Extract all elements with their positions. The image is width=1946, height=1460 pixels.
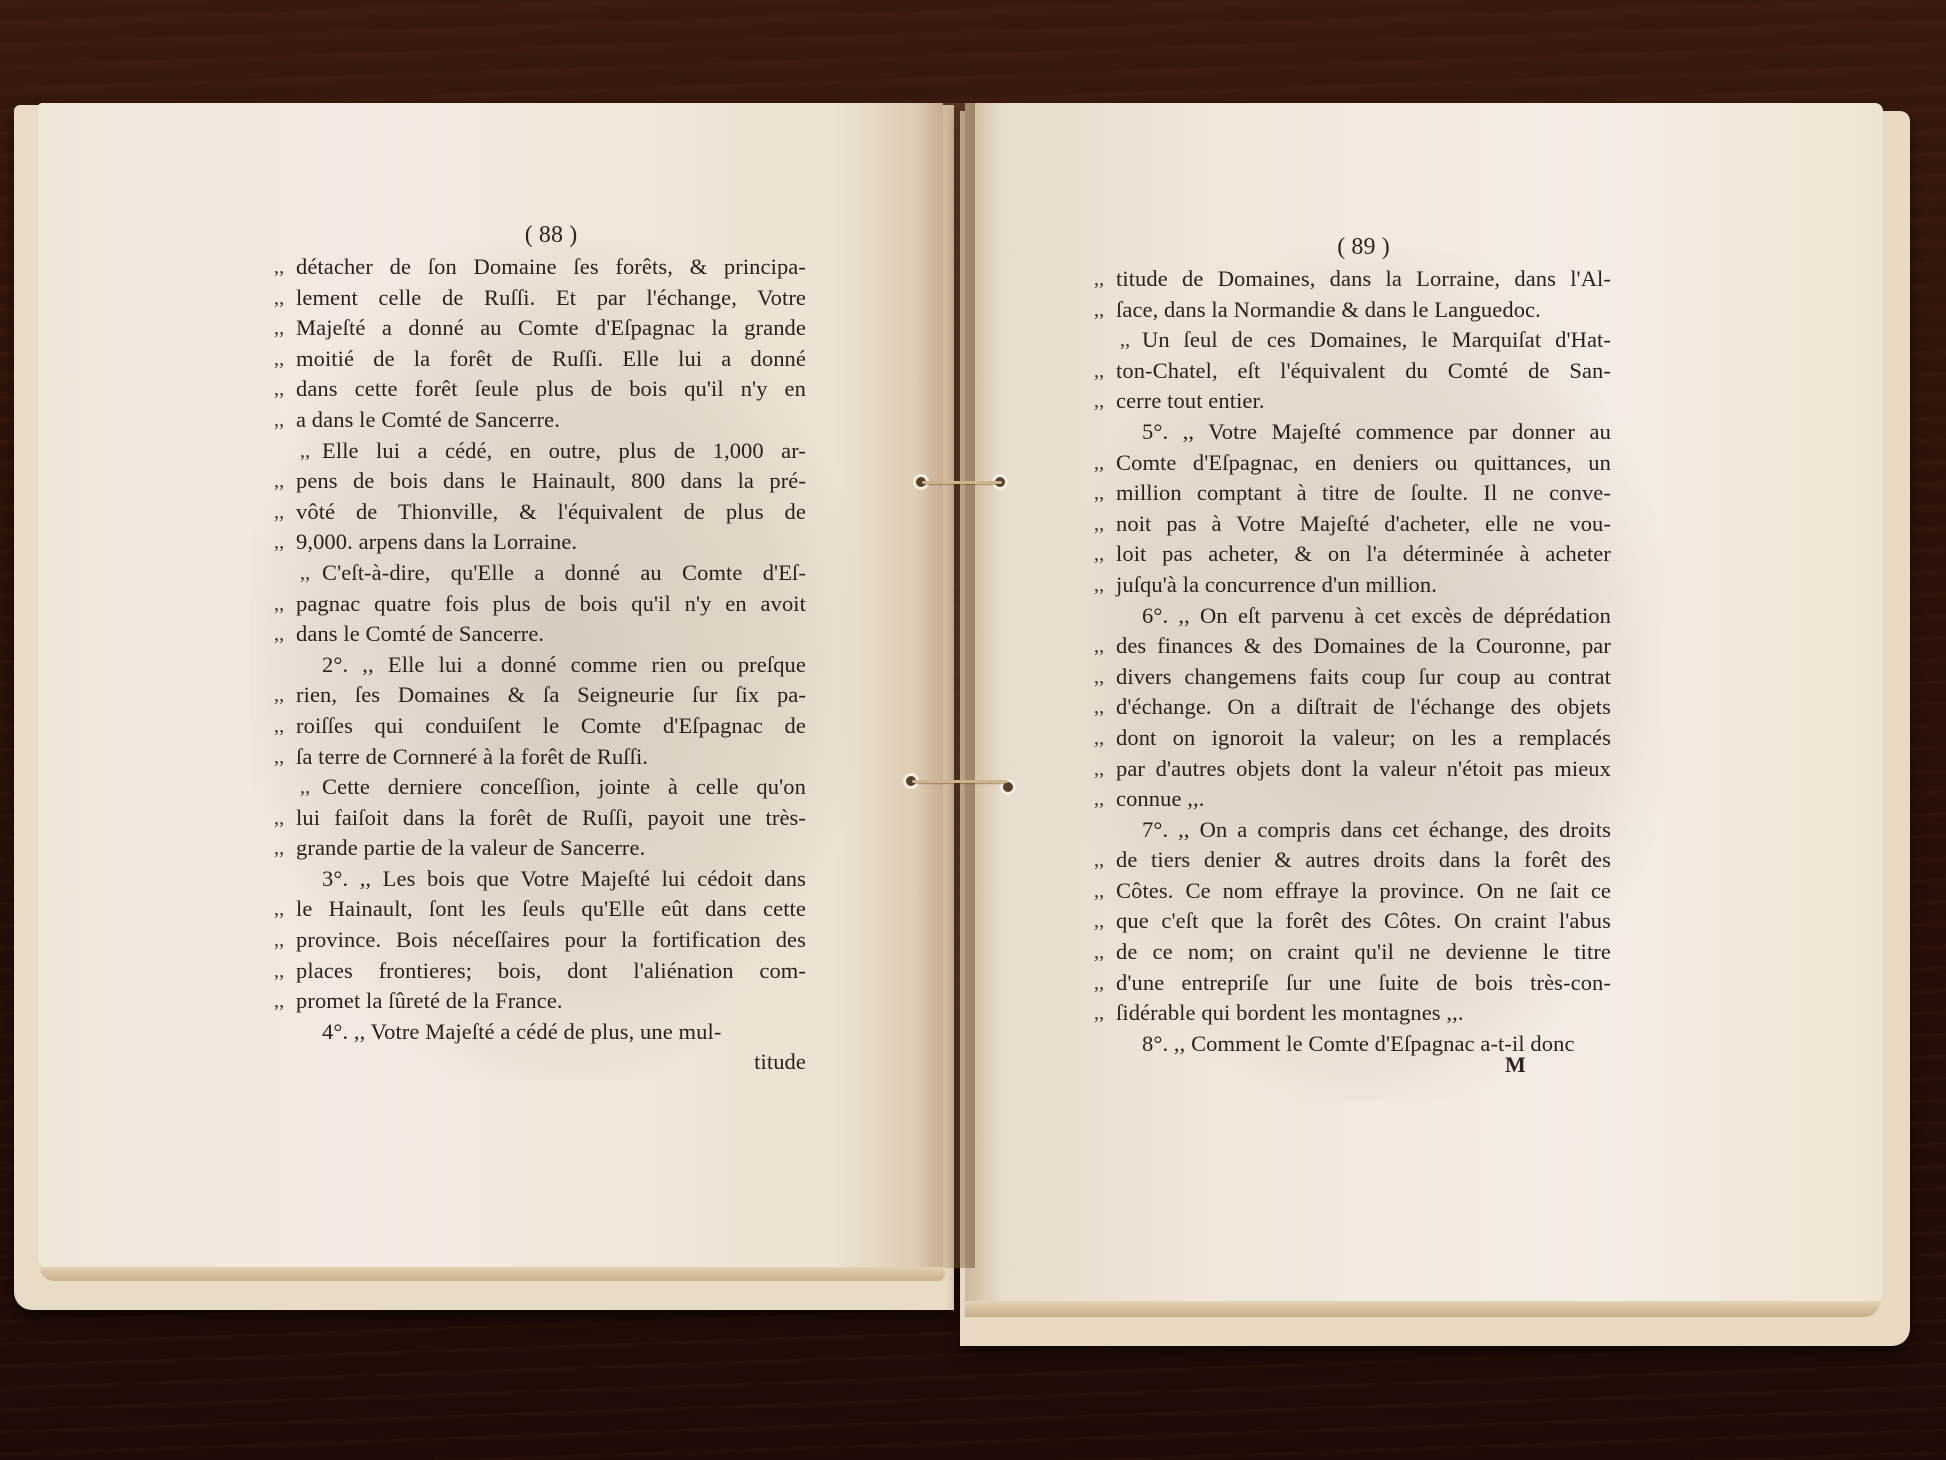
quotation-mark: ,, [274, 833, 284, 864]
quotation-mark: ,, [274, 619, 284, 650]
line-text: lui faiſoit dans la forêt de Ruſſi, payo… [296, 805, 806, 830]
text-line: ,,cerre tout entier. [1116, 386, 1611, 417]
text-line: ,,des finances & des Domaines de la Cour… [1116, 631, 1611, 662]
quotation-mark: ,, [300, 436, 310, 467]
quotation-mark: ,, [1094, 539, 1104, 570]
line-text: 5°. ,, Votre Majeſté commence par donner… [1142, 419, 1611, 444]
text-line: ,,Comte d'Eſpagnac, en deniers ou quitta… [1116, 448, 1611, 479]
text-line: ,,places frontieres; bois, dont l'aliéna… [296, 956, 806, 987]
quotation-mark: ,, [1094, 937, 1104, 968]
signature-mark: M [1505, 1052, 1526, 1078]
line-text: 3°. ,, Les bois que Votre Majeſté lui cé… [322, 866, 806, 891]
line-text: noit pas à Votre Majeſté d'acheter, elle… [1116, 511, 1611, 536]
binding-hole [1003, 782, 1013, 792]
quotation-mark: ,, [300, 558, 310, 589]
quotation-mark: ,, [274, 283, 284, 314]
catchword: titude [296, 1047, 806, 1078]
text-line: ,,ſidérable qui bordent les montagnes ,,… [1116, 998, 1611, 1029]
text-line: ,,Un ſeul de ces Domaines, le Marquiſat … [1116, 325, 1611, 356]
line-text: rien, ſes Domaines & ſa Seigneurie ſur ſ… [296, 682, 806, 707]
quotation-mark: ,, [1094, 448, 1104, 479]
quotation-mark: ,, [1094, 723, 1104, 754]
text-line: ,,connue ,,. [1116, 784, 1611, 815]
text-line: ,,province. Bois néceſſaires pour la for… [296, 925, 806, 956]
text-line: ,,9,000. arpens dans la Lorraine. [296, 527, 806, 558]
quotation-mark: ,, [1094, 570, 1104, 601]
line-text: cerre tout entier. [1116, 388, 1265, 413]
quotation-mark: ,, [1094, 295, 1104, 326]
text-line: ,,d'une entrepriſe ſur une ſuite de bois… [1116, 968, 1611, 999]
text-line: ,,moitié de la forêt de Ruſſi. Elle lui … [296, 344, 806, 375]
text-line: ,,lui faiſoit dans la forêt de Ruſſi, pa… [296, 803, 806, 834]
text-line: ,,promet la ſûreté de la France. [296, 986, 806, 1017]
quotation-mark: ,, [1094, 906, 1104, 937]
line-text: Elle lui a cédé, en outre, plus de 1,000… [322, 438, 806, 463]
text-line: ,,le Hainault, ſont les ſeuls qu'Elle eû… [296, 894, 806, 925]
line-text: dans cette forêt ſeule plus de bois qu'i… [296, 376, 806, 401]
quotation-mark: ,, [274, 589, 284, 620]
quotation-mark: ,, [274, 374, 284, 405]
quotation-mark: ,, [1094, 662, 1104, 693]
left-page-text: ( 88 ) ,,détacher de ſon Domaine ſes for… [296, 218, 806, 1078]
line-text: province. Bois néceſſaires pour la forti… [296, 927, 806, 952]
gutter-shadow [915, 103, 975, 1268]
line-text: 7°. ,, On a compris dans cet échange, de… [1142, 817, 1611, 842]
text-line: ,,ſa terre de Cornneré à la forêt de Ruſ… [296, 742, 806, 773]
text-line: ,,grande partie de la valeur de Sancerre… [296, 833, 806, 864]
binding-thread [922, 481, 1002, 484]
text-line: ,,ton-Chatel, eſt l'équivalent du Comté … [1116, 356, 1611, 387]
text-line: ,,a dans le Comté de Sancerre. [296, 405, 806, 436]
line-text: C'eſt-à-dire, qu'Elle a donné au Comte d… [322, 560, 806, 585]
line-text: 6°. ,, On eſt parvenu à cet excès de dép… [1142, 603, 1611, 628]
text-line: ,,lement celle de Ruſſi. Et par l'échang… [296, 283, 806, 314]
line-text: dont on ignoroit la valeur; on les a rem… [1116, 725, 1611, 750]
quotation-mark: ,, [1094, 478, 1104, 509]
text-line: ,,vôté de Thionville, & l'équivalent de … [296, 497, 806, 528]
text-line: ,,ſace, dans la Normandie & dans le Lang… [1116, 295, 1611, 326]
line-text: 4°. ,, Votre Majeſté a cédé de plus, une… [322, 1019, 721, 1044]
page-number: ( 89 ) [1116, 230, 1611, 264]
text-line: ,,titude de Domaines, dans la Lorraine, … [1116, 264, 1611, 295]
line-text: million comptant à titre de ſoulte. Il n… [1116, 480, 1611, 505]
text-line: ,,loit pas acheter, & on l'a déterminée … [1116, 539, 1611, 570]
quotation-mark: ,, [1094, 264, 1104, 295]
text-line: ,,dont on ignoroit la valeur; on les a r… [1116, 723, 1611, 754]
line-text: promet la ſûreté de la France. [296, 988, 563, 1013]
text-line: ,,Côtes. Ce nom effraye la province. On … [1116, 876, 1611, 907]
quotation-mark: ,, [274, 527, 284, 558]
line-text: Cette derniere conceſſion, jointe à cell… [322, 774, 806, 799]
text-line: ,,noit pas à Votre Majeſté d'acheter, el… [1116, 509, 1611, 540]
text-line: ,,dans cette forêt ſeule plus de bois qu… [296, 374, 806, 405]
line-text: pagnac quatre fois plus de bois qu'il n'… [296, 591, 806, 616]
right-page-text: ( 89 ) ,,titude de Domaines, dans la Lor… [1116, 230, 1611, 1059]
quotation-mark: ,, [274, 925, 284, 956]
quotation-mark: ,, [274, 497, 284, 528]
quotation-mark: ,, [274, 252, 284, 283]
quotation-mark: ,, [274, 986, 284, 1017]
text-line: ,,par d'autres objets dont la valeur n'é… [1116, 754, 1611, 785]
quotation-mark: ,, [274, 894, 284, 925]
quotation-mark: ,, [274, 742, 284, 773]
quotation-mark: ,, [1094, 845, 1104, 876]
line-text: dans le Comté de Sancerre. [296, 621, 544, 646]
line-text: 9,000. arpens dans la Lorraine. [296, 529, 577, 554]
line-text: de tiers denier & autres droits dans la … [1116, 847, 1611, 872]
text-line: ,,divers changemens faits coup ſur coup … [1116, 662, 1611, 693]
line-text: de ce nom; on craint qu'il ne devienne l… [1116, 939, 1611, 964]
line-text: le Hainault, ſont les ſeuls qu'Elle eût … [296, 896, 806, 921]
quotation-mark: ,, [1094, 692, 1104, 723]
binding-thread [912, 780, 1008, 783]
text-line: ,,que c'eſt que la forêt des Côtes. On c… [1116, 906, 1611, 937]
text-line: 8°. ,, Comment le Comte d'Eſpagnac a-t-i… [1116, 1029, 1611, 1060]
text-line: 4°. ,, Votre Majeſté a cédé de plus, une… [296, 1017, 806, 1048]
line-text: détacher de ſon Domaine ſes forêts, & pr… [296, 254, 806, 279]
quotation-mark: ,, [274, 405, 284, 436]
text-line: 7°. ,, On a compris dans cet échange, de… [1116, 815, 1611, 846]
quotation-mark: ,, [1094, 876, 1104, 907]
text-line: ,,détacher de ſon Domaine ſes forêts, & … [296, 252, 806, 283]
line-text: ſa terre de Cornneré à la forêt de Ruſſi… [296, 744, 648, 769]
left-deckle-edge [40, 1267, 945, 1281]
text-line: ,,Majeſté a donné au Comte d'Eſpagnac la… [296, 313, 806, 344]
line-text: des finances & des Domaines de la Couron… [1116, 633, 1611, 658]
text-line: ,,d'échange. On a diſtrait de l'échange … [1116, 692, 1611, 723]
line-text: juſqu'à la concurrence d'un million. [1116, 572, 1437, 597]
quotation-mark: ,, [274, 956, 284, 987]
line-text: ſace, dans la Normandie & dans le Langue… [1116, 297, 1541, 322]
line-text: vôté de Thionville, & l'équivalent de pl… [296, 499, 806, 524]
text-line: ,,pens de bois dans le Hainault, 800 dan… [296, 466, 806, 497]
text-line: ,,rien, ſes Domaines & ſa Seigneurie ſur… [296, 680, 806, 711]
line-text: divers changemens faits coup ſur coup au… [1116, 664, 1611, 689]
text-line: ,,Cette derniere conceſſion, jointe à ce… [296, 772, 806, 803]
line-text: pens de bois dans le Hainault, 800 dans … [296, 468, 806, 493]
page-number: ( 88 ) [296, 218, 806, 252]
text-line: ,,Elle lui a cédé, en outre, plus de 1,0… [296, 436, 806, 467]
text-line: ,,pagnac quatre fois plus de bois qu'il … [296, 589, 806, 620]
quotation-mark: ,, [274, 344, 284, 375]
line-text: d'une entrepriſe ſur une ſuite de bois t… [1116, 970, 1611, 995]
quotation-mark: ,, [274, 313, 284, 344]
text-line: ,,C'eſt-à-dire, qu'Elle a donné au Comte… [296, 558, 806, 589]
quotation-mark: ,, [274, 466, 284, 497]
quotation-mark: ,, [274, 711, 284, 742]
right-page-lines: ,,titude de Domaines, dans la Lorraine, … [1116, 264, 1611, 1059]
text-line: 6°. ,, On eſt parvenu à cet excès de dép… [1116, 601, 1611, 632]
line-text: moitié de la forêt de Ruſſi. Elle lui a … [296, 346, 806, 371]
line-text: loit pas acheter, & on l'a déterminée à … [1116, 541, 1611, 566]
quotation-mark: ,, [1094, 631, 1104, 662]
quotation-mark: ,, [274, 680, 284, 711]
line-text: roiſſes qui conduiſent le Comte d'Eſpagn… [296, 713, 806, 738]
quotation-mark: ,, [1094, 509, 1104, 540]
line-text: par d'autres objets dont la valeur n'éto… [1116, 756, 1611, 781]
line-text: lement celle de Ruſſi. Et par l'échange,… [296, 285, 806, 310]
line-text: Majeſté a donné au Comte d'Eſpagnac la g… [296, 315, 806, 340]
line-text: 2°. ,, Elle lui a donné comme rien ou pr… [322, 652, 806, 677]
quotation-mark: ,, [1094, 356, 1104, 387]
right-deckle-edge [965, 1301, 1880, 1317]
line-text: ton-Chatel, eſt l'équivalent du Comté de… [1116, 358, 1611, 383]
line-text: Côtes. Ce nom effraye la province. On ne… [1116, 878, 1611, 903]
line-text: Un ſeul de ces Domaines, le Marquiſat d'… [1142, 327, 1611, 352]
text-line: ,,de ce nom; on craint qu'il ne devienne… [1116, 937, 1611, 968]
line-text: titude de Domaines, dans la Lorraine, da… [1116, 266, 1611, 291]
quotation-mark: ,, [1094, 784, 1104, 815]
left-page-lines: ,,détacher de ſon Domaine ſes forêts, & … [296, 252, 806, 1047]
quotation-mark: ,, [1094, 754, 1104, 785]
text-line: ,,million comptant à titre de ſoulte. Il… [1116, 478, 1611, 509]
quotation-mark: ,, [1120, 325, 1130, 356]
line-text: que c'eſt que la forêt des Côtes. On cra… [1116, 908, 1611, 933]
text-line: 3°. ,, Les bois que Votre Majeſté lui cé… [296, 864, 806, 895]
quotation-mark: ,, [1094, 386, 1104, 417]
text-line: 2°. ,, Elle lui a donné comme rien ou pr… [296, 650, 806, 681]
line-text: places frontieres; bois, dont l'aliénati… [296, 958, 806, 983]
line-text: ſidérable qui bordent les montagnes ,,. [1116, 1000, 1464, 1025]
text-line: 5°. ,, Votre Majeſté commence par donner… [1116, 417, 1611, 448]
quotation-mark: ,, [274, 803, 284, 834]
line-text: d'échange. On a diſtrait de l'échange de… [1116, 694, 1611, 719]
text-line: ,,juſqu'à la concurrence d'un million. [1116, 570, 1611, 601]
text-line: ,,roiſſes qui conduiſent le Comte d'Eſpa… [296, 711, 806, 742]
line-text: connue ,,. [1116, 786, 1204, 811]
text-line: ,,dans le Comté de Sancerre. [296, 619, 806, 650]
text-line: ,,de tiers denier & autres droits dans l… [1116, 845, 1611, 876]
quotation-mark: ,, [1094, 968, 1104, 999]
line-text: grande partie de la valeur de Sancerre. [296, 835, 645, 860]
line-text: Comte d'Eſpagnac, en deniers ou quittanc… [1116, 450, 1611, 475]
line-text: a dans le Comté de Sancerre. [296, 407, 560, 432]
quotation-mark: ,, [300, 772, 310, 803]
quotation-mark: ,, [1094, 998, 1104, 1029]
